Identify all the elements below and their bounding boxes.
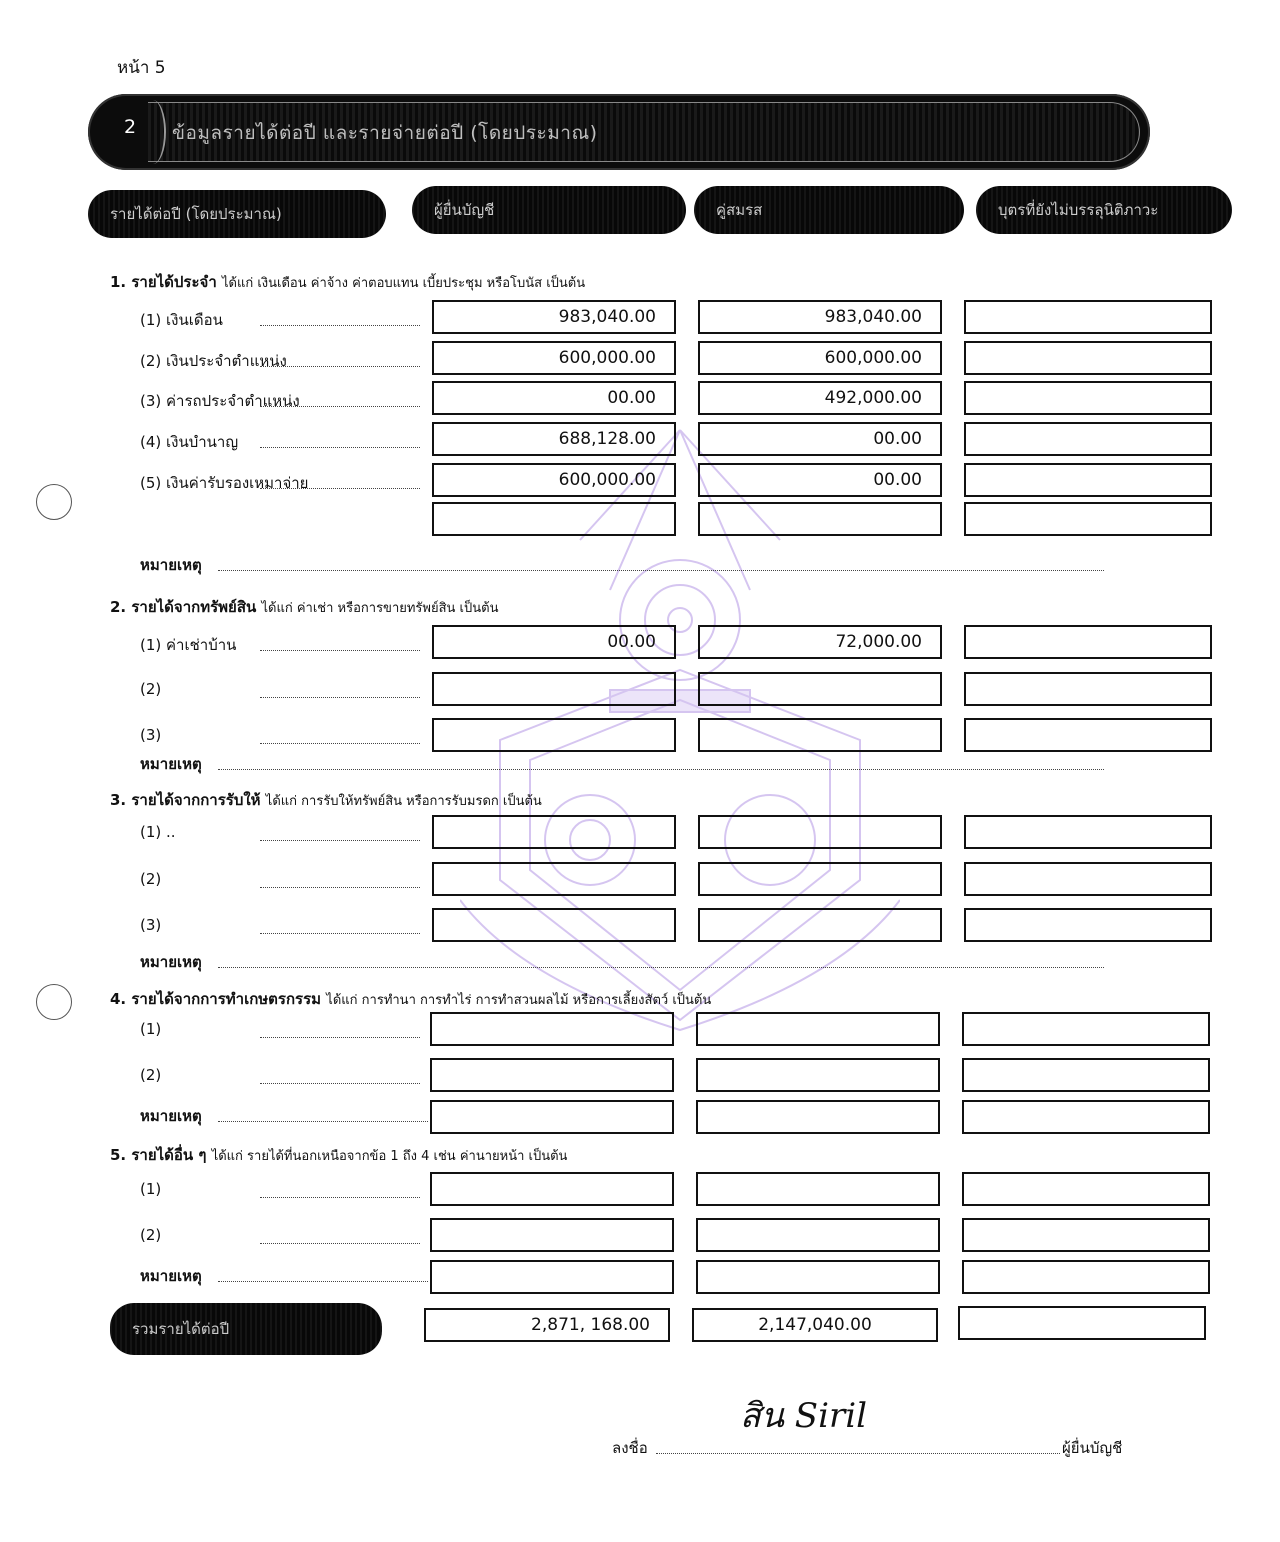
row-label-text: (3) <box>140 916 161 934</box>
row-label-text: (3) ค่ารถประจำตำแหน่ง <box>140 392 300 410</box>
spouse-amount-field[interactable] <box>698 502 942 536</box>
total-label-pill: รวมรายได้ต่อปี <box>110 1303 382 1355</box>
signature-suffix: ผู้ยื่นบัญชี <box>1062 1436 1122 1460</box>
page-number: หน้า 5 <box>117 54 166 81</box>
spouse-amount-field[interactable] <box>696 1172 940 1206</box>
row-label-text: (3) <box>140 726 161 744</box>
total-declarant-field[interactable]: 2,871, 168.00 <box>424 1308 670 1342</box>
remark-label: หมายเหตุ <box>140 1264 202 1288</box>
row-label-text: (2) เงินประจำตำแหน่ง <box>140 352 287 370</box>
label-dotted-line <box>260 324 420 326</box>
remark-label: หมายเหตุ <box>140 1104 202 1128</box>
children-amount-field[interactable] <box>964 718 1212 752</box>
row-label: (1) เงินเดือน <box>140 308 223 332</box>
children-amount-field[interactable] <box>964 625 1212 659</box>
row-label: (1) ค่าเช่าบ้าน <box>140 633 236 657</box>
income-section-title: 5. รายได้อื่น ๆ ได้แก่ รายได้ที่นอกเหนือ… <box>110 1143 567 1167</box>
row-label-text: (1) เงินเดือน <box>140 311 223 329</box>
row-label-text: (2) <box>140 1066 161 1084</box>
remark-label: หมายเหตุ <box>140 752 202 776</box>
section-description: ได้แก่ การทำนา การทำไร่ การทำสวนผลไม้ หร… <box>326 993 711 1008</box>
signature-line <box>656 1452 1060 1454</box>
remark-dotted-line[interactable] <box>218 1280 428 1282</box>
children-amount-field[interactable] <box>964 815 1212 849</box>
row-label-text: (5) เงินค่ารับรองเหมาจ่าย <box>140 474 308 492</box>
label-dotted-line <box>260 487 420 489</box>
spouse-amount-field[interactable] <box>698 815 942 849</box>
children-amount-field[interactable] <box>964 422 1212 456</box>
remark-dotted-line[interactable] <box>218 569 1104 571</box>
remark-declarant-field[interactable] <box>430 1100 674 1134</box>
spouse-amount-field[interactable]: 983,040.00 <box>698 300 942 334</box>
section-title-text: 5. รายได้อื่น ๆ <box>110 1146 206 1164</box>
section-title: ข้อมูลรายได้ต่อปี และรายจ่ายต่อปี (โดยปร… <box>172 118 598 148</box>
row-label: (2) <box>140 1066 161 1084</box>
section-description: ได้แก่ ค่าเช่า หรือการขายทรัพย์สิน เป็นต… <box>261 601 498 616</box>
row-label: (3) <box>140 726 161 744</box>
children-amount-field[interactable] <box>962 1058 1210 1092</box>
declarant-amount-field[interactable]: 00.00 <box>432 625 676 659</box>
declarant-amount-field[interactable] <box>430 1012 674 1046</box>
spouse-amount-field[interactable] <box>698 672 942 706</box>
label-dotted-line <box>260 1036 420 1038</box>
label-dotted-line <box>260 365 420 367</box>
column-header-category: รายได้ต่อปี (โดยประมาณ) <box>88 190 386 238</box>
spouse-amount-field[interactable] <box>698 862 942 896</box>
declarant-amount-field[interactable] <box>432 908 676 942</box>
children-amount-field[interactable] <box>964 502 1212 536</box>
row-label: (1) .. <box>140 823 176 841</box>
row-label: (5) เงินค่ารับรองเหมาจ่าย <box>140 471 308 495</box>
spouse-amount-field[interactable]: 00.00 <box>698 422 942 456</box>
spouse-amount-field[interactable] <box>696 1218 940 1252</box>
section-description: ได้แก่ เงินเดือน ค่าจ้าง ค่าตอบแทน เบี้ย… <box>222 276 585 291</box>
row-label-text: (2) <box>140 1226 161 1244</box>
remark-spouse-field[interactable] <box>696 1100 940 1134</box>
spouse-amount-field[interactable]: 00.00 <box>698 463 942 497</box>
row-label: (2) <box>140 1226 161 1244</box>
spouse-amount-field[interactable]: 72,000.00 <box>698 625 942 659</box>
label-dotted-line <box>260 839 420 841</box>
children-amount-field[interactable] <box>962 1218 1210 1252</box>
remark-children-field[interactable] <box>962 1100 1210 1134</box>
section-number: 2 <box>110 116 150 138</box>
section-title-text: 4. รายได้จากการทำเกษตรกรรม <box>110 990 321 1008</box>
row-label: (3) <box>140 916 161 934</box>
row-label: (2) <box>140 870 161 888</box>
row-label-text: (2) <box>140 870 161 888</box>
row-label-text: (4) เงินบำนาญ <box>140 433 238 451</box>
row-label-text: (2) <box>140 680 161 698</box>
children-amount-field[interactable] <box>964 300 1212 334</box>
declarant-amount-field[interactable]: 983,040.00 <box>432 300 676 334</box>
section-description: ได้แก่ รายได้ที่นอกเหนือจากข้อ 1 ถึง 4 เ… <box>212 1149 568 1164</box>
declarant-amount-field[interactable] <box>432 815 676 849</box>
row-label-text: (1) ค่าเช่าบ้าน <box>140 636 236 654</box>
children-amount-field[interactable] <box>962 1012 1210 1046</box>
spouse-amount-field[interactable] <box>698 718 942 752</box>
punch-hole-marker <box>36 484 72 520</box>
label-dotted-line <box>260 405 420 407</box>
signature-prefix: ลงชื่อ <box>612 1436 648 1460</box>
remark-dotted-line[interactable] <box>218 768 1104 770</box>
children-amount-field[interactable] <box>962 1172 1210 1206</box>
section-title-text: 2. รายได้จากทรัพย์สิน <box>110 598 256 616</box>
spouse-amount-field[interactable]: 492,000.00 <box>698 381 942 415</box>
punch-hole-marker <box>36 984 72 1020</box>
remark-children-field[interactable] <box>962 1260 1210 1294</box>
children-amount-field[interactable] <box>964 381 1212 415</box>
children-amount-field[interactable] <box>964 862 1212 896</box>
spouse-amount-field[interactable] <box>696 1012 940 1046</box>
total-spouse-field[interactable]: 2,147,040.00 <box>692 1308 938 1342</box>
row-label: (2) <box>140 680 161 698</box>
label-dotted-line <box>260 1082 420 1084</box>
row-label-text: (1) <box>140 1020 161 1038</box>
income-section-title: 2. รายได้จากทรัพย์สิน ได้แก่ ค่าเช่า หรื… <box>110 595 498 619</box>
section-title-text: 1. รายได้ประจำ <box>110 273 217 291</box>
declarant-amount-field[interactable] <box>430 1218 674 1252</box>
remark-spouse-field[interactable] <box>696 1260 940 1294</box>
section-header-banner: 2 ข้อมูลรายได้ต่อปี และรายจ่ายต่อปี (โดย… <box>88 94 1150 170</box>
income-section-title: 4. รายได้จากการทำเกษตรกรรม ได้แก่ การทำน… <box>110 987 711 1011</box>
label-dotted-line <box>260 932 420 934</box>
label-dotted-line <box>260 886 420 888</box>
label-dotted-line <box>260 649 420 651</box>
section-title-text: 3. รายได้จากการรับให้ <box>110 791 261 809</box>
declarant-amount-field[interactable] <box>432 718 676 752</box>
label-dotted-line <box>260 1242 420 1244</box>
remark-label: หมายเหตุ <box>140 553 202 577</box>
declarant-amount-field[interactable] <box>432 502 676 536</box>
row-label: (4) เงินบำนาญ <box>140 430 238 454</box>
declarant-amount-field[interactable] <box>432 672 676 706</box>
declarant-amount-field[interactable]: 600,000.00 <box>432 341 676 375</box>
declarant-amount-field[interactable]: 600,000.00 <box>432 463 676 497</box>
label-dotted-line <box>260 742 420 744</box>
column-header-children: บุตรที่ยังไม่บรรลุนิติภาวะ <box>976 186 1232 234</box>
children-amount-field[interactable] <box>964 341 1212 375</box>
row-label: (2) เงินประจำตำแหน่ง <box>140 349 287 373</box>
remark-dotted-line[interactable] <box>218 966 1104 968</box>
declarant-amount-field[interactable] <box>430 1058 674 1092</box>
label-dotted-line <box>260 446 420 448</box>
column-header-declarant: ผู้ยื่นบัญชี <box>412 186 686 234</box>
children-amount-field[interactable] <box>964 908 1212 942</box>
spouse-amount-field[interactable] <box>696 1058 940 1092</box>
declarant-amount-field[interactable] <box>430 1172 674 1206</box>
income-section-title: 3. รายได้จากการรับให้ ได้แก่ การรับให้ทร… <box>110 788 542 812</box>
spouse-amount-field[interactable] <box>698 908 942 942</box>
row-label-text: (1) .. <box>140 823 176 841</box>
row-label: (1) <box>140 1020 161 1038</box>
declarant-amount-field[interactable]: 00.00 <box>432 381 676 415</box>
section-description: ได้แก่ การรับให้ทรัพย์สิน หรือการรับมรดก… <box>266 794 542 809</box>
remark-dotted-line[interactable] <box>218 1120 428 1122</box>
row-label: (3) ค่ารถประจำตำแหน่ง <box>140 389 300 413</box>
declarant-amount-field[interactable] <box>432 862 676 896</box>
row-label: (1) <box>140 1180 161 1198</box>
label-dotted-line <box>260 696 420 698</box>
signature: สิน Siril <box>740 1388 867 1442</box>
remark-declarant-field[interactable] <box>430 1260 674 1294</box>
row-label-text: (1) <box>140 1180 161 1198</box>
remark-label: หมายเหตุ <box>140 950 202 974</box>
spouse-amount-field[interactable]: 600,000.00 <box>698 341 942 375</box>
column-header-spouse: คู่สมรส <box>694 186 964 234</box>
children-amount-field[interactable] <box>964 672 1212 706</box>
label-dotted-line <box>260 1196 420 1198</box>
income-section-title: 1. รายได้ประจำ ได้แก่ เงินเดือน ค่าจ้าง … <box>110 270 585 294</box>
declarant-amount-field[interactable]: 688,128.00 <box>432 422 676 456</box>
total-children-field[interactable] <box>958 1306 1206 1340</box>
children-amount-field[interactable] <box>964 463 1212 497</box>
